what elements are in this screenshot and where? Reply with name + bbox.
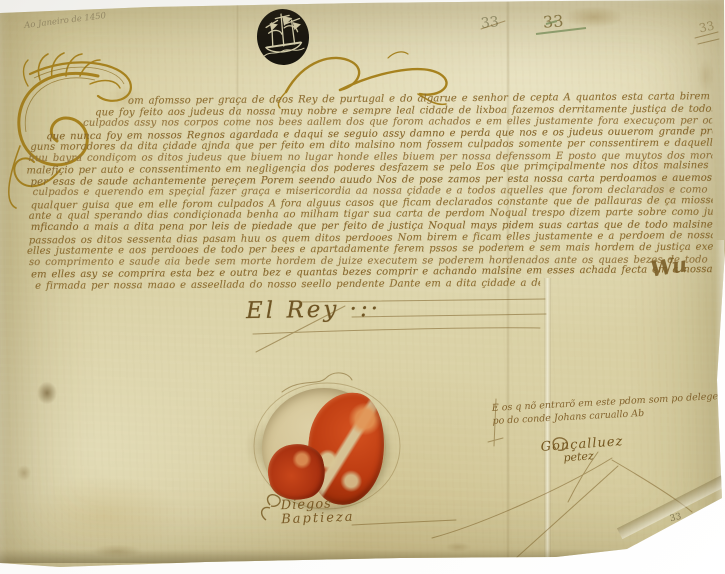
stain bbox=[14, 462, 34, 484]
parchment-edge-shadow bbox=[0, 549, 630, 563]
folio-number: 33 bbox=[542, 11, 564, 31]
tear-edge-shadow bbox=[617, 465, 725, 539]
folio-number-struck: 33 bbox=[480, 14, 500, 32]
stain bbox=[0, 460, 210, 570]
parchment-sheet: Ao Janeiro de 1450 bbox=[0, 0, 725, 574]
stain bbox=[440, 540, 476, 554]
wax-seal bbox=[262, 388, 386, 508]
folio-number-bottom: 33 bbox=[669, 512, 683, 524]
folio-number-right: 33 bbox=[698, 19, 716, 36]
scribe-signature-line2: Baptieza bbox=[281, 510, 355, 528]
ship-stamp-icon bbox=[246, 3, 319, 71]
photo-backdrop: Ao Janeiro de 1450 bbox=[0, 0, 725, 574]
stain bbox=[552, 2, 636, 32]
parchment-edge-highlight bbox=[715, 240, 724, 510]
scribe-signature: Diegos Baptieza bbox=[281, 496, 355, 528]
ink-stain bbox=[33, 377, 61, 409]
chancery-signature: Gonçalluez petez bbox=[540, 434, 624, 466]
archive-date-note: Ao Janeiro de 1450 bbox=[24, 11, 107, 31]
stain bbox=[82, 542, 152, 560]
royal-signature: El Rey ·:· bbox=[246, 296, 381, 324]
manuscript-text-block: om afomsso per graça de deos Rey de purt… bbox=[0, 92, 713, 293]
chancery-note: E os q nõ entrarõ em este pdom som po de… bbox=[491, 390, 719, 428]
